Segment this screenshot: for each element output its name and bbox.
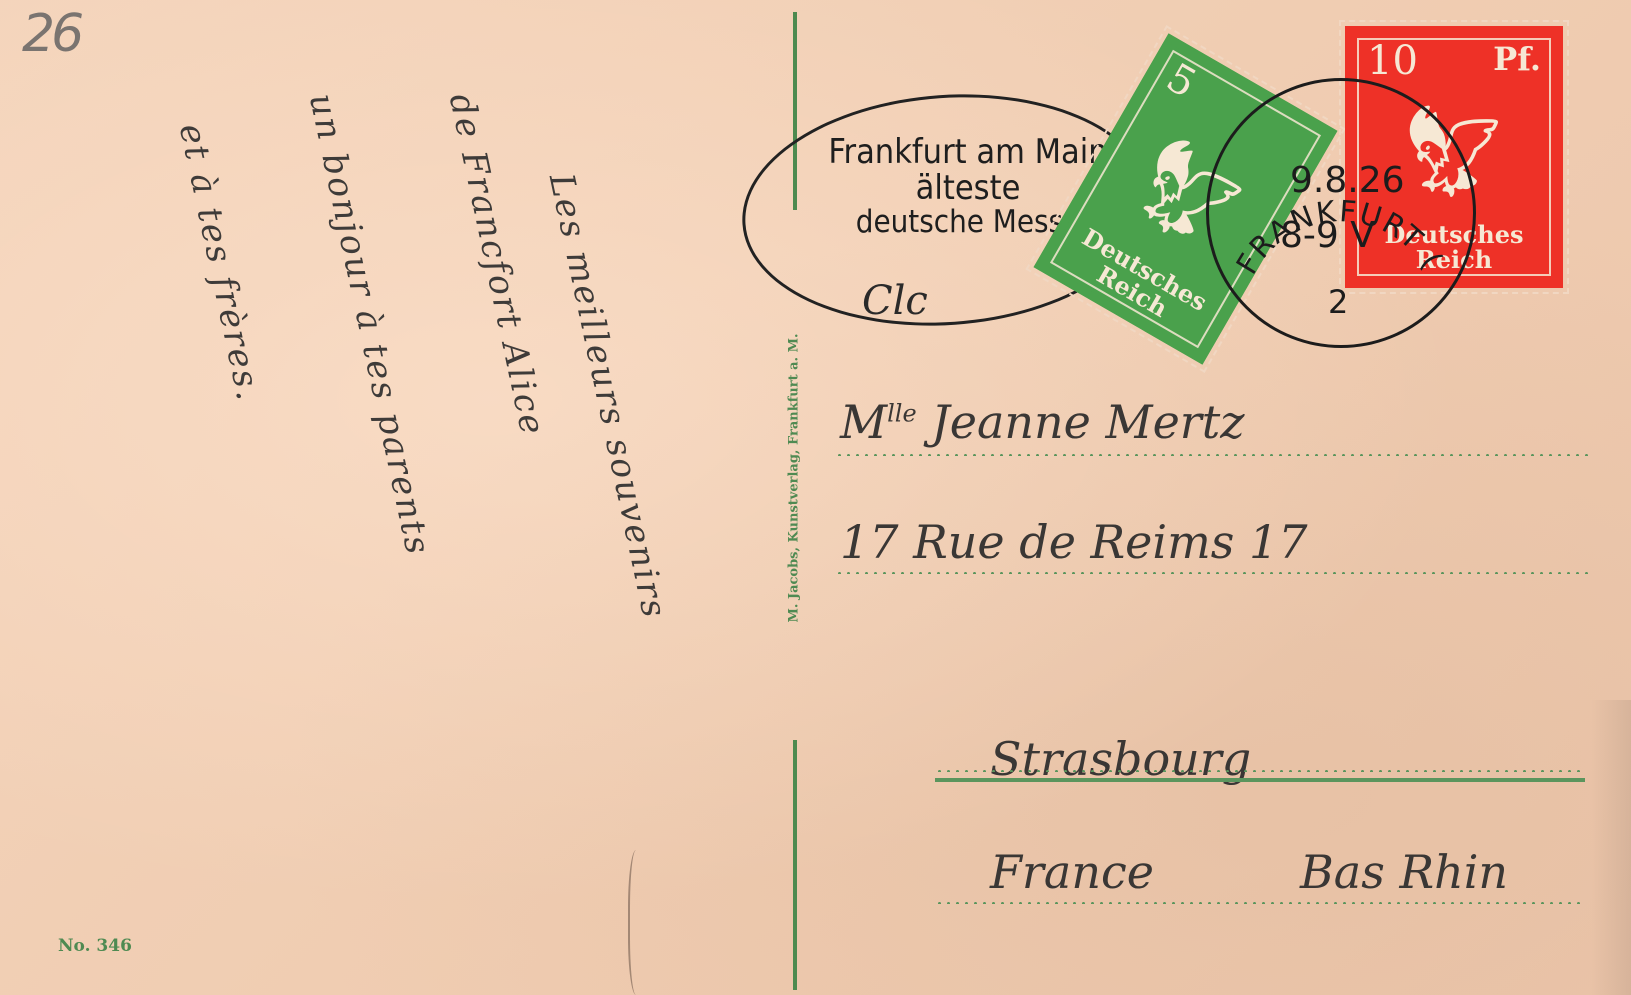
stamp-value: 10 bbox=[1367, 38, 1418, 84]
address-dotted-line bbox=[835, 454, 1591, 456]
message-line: et à tes frères. bbox=[171, 120, 269, 405]
pencil-scribble: Clc bbox=[862, 278, 928, 324]
card-number: No. 346 bbox=[58, 936, 132, 956]
message-line: Les meilleurs souvenirs bbox=[541, 170, 675, 622]
message-line: un bonjour à tes parents bbox=[301, 90, 438, 559]
address-dotted-line bbox=[935, 902, 1586, 904]
postmark-office: 2 bbox=[1328, 283, 1348, 321]
postmark-time: 8-9 V bbox=[1280, 215, 1375, 256]
divider-line bbox=[793, 740, 797, 990]
address-dotted-line bbox=[835, 572, 1591, 574]
address-street: 17 Rue de Reims 17 bbox=[840, 515, 1308, 569]
handwritten-message: Les meilleurs souvenirs de Francfort Ali… bbox=[100, 70, 660, 950]
slogan-line: Frankfurt am Main bbox=[808, 135, 1128, 171]
postcard-back: 26 Les meilleurs souvenirs de Francfort … bbox=[0, 0, 1631, 995]
address-dotted-line bbox=[935, 770, 1586, 772]
postmark-date: 9.8.26 bbox=[1290, 160, 1405, 201]
address-country: France bbox=[990, 845, 1154, 899]
address-region: Bas Rhin bbox=[1300, 845, 1508, 899]
paper-edge-shadow bbox=[1591, 700, 1631, 995]
address-underline bbox=[935, 778, 1585, 782]
publisher-imprint: M. Jacobs, Kunstverlag, Frankfurt a. M. bbox=[787, 333, 802, 622]
message-line: de Francfort Alice bbox=[441, 90, 553, 440]
paper-tear bbox=[628, 850, 648, 995]
stamp-unit: Pf. bbox=[1493, 40, 1541, 78]
pencil-note: 26 bbox=[22, 4, 80, 64]
address-recipient: Mlle Jeanne Mertz bbox=[840, 395, 1245, 449]
